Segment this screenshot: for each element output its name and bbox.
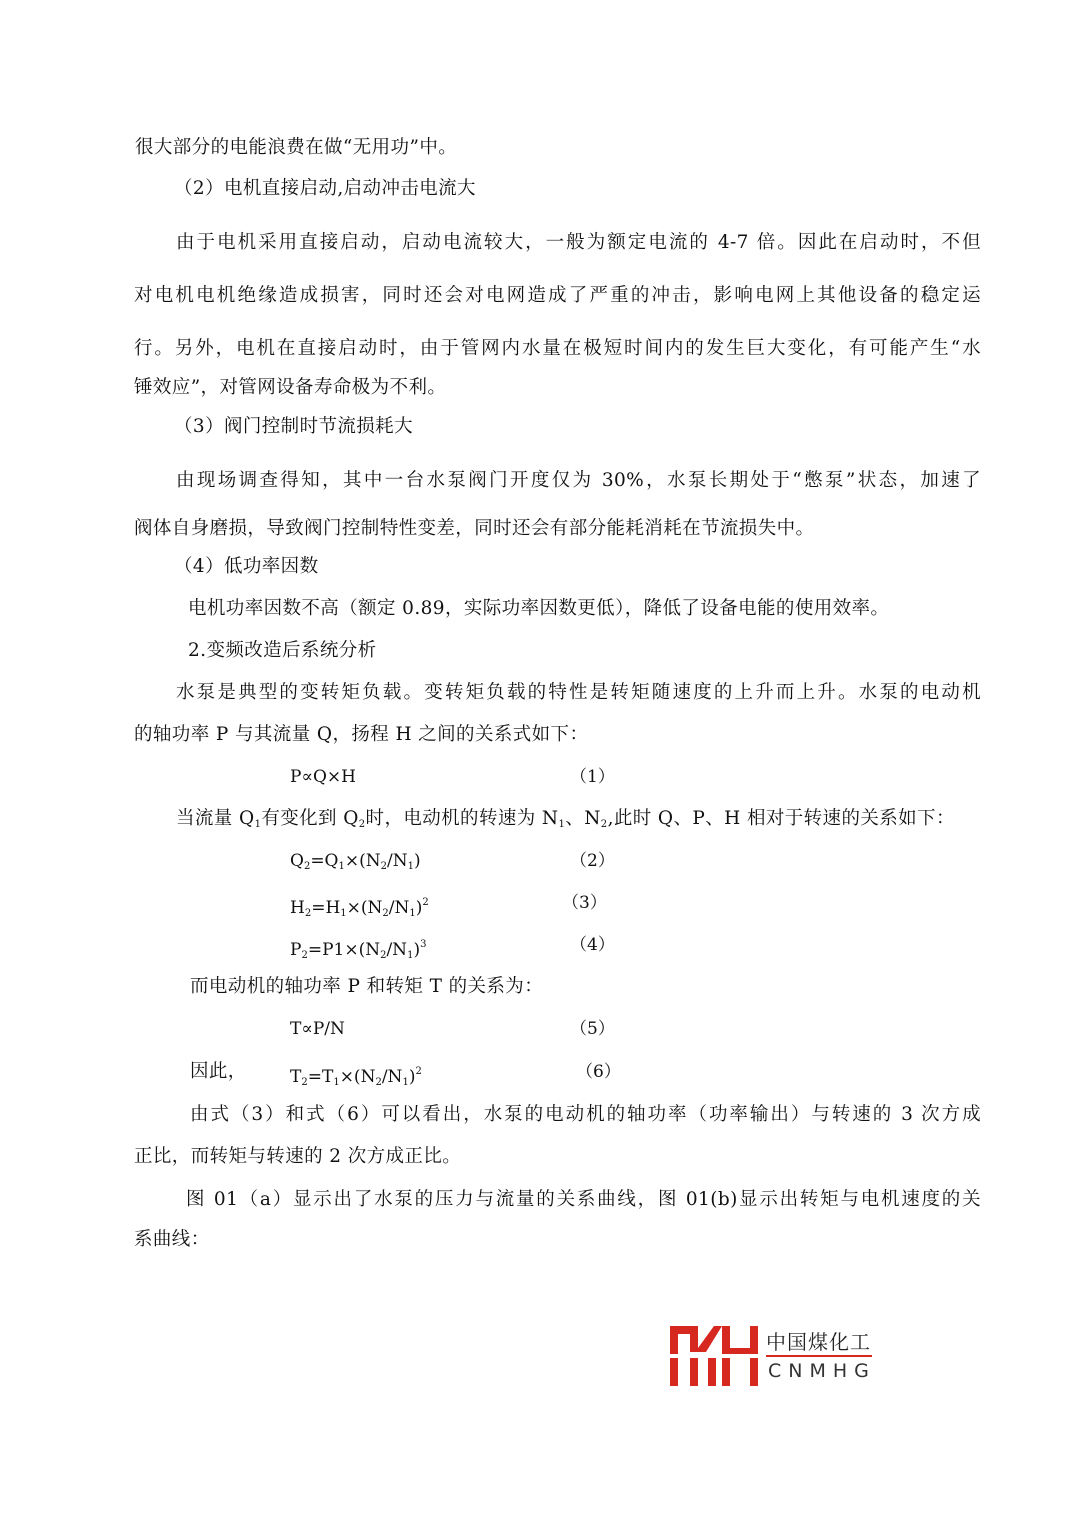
paragraph-line: 行。另外，电机在直接启动时，由于管网内水量在极短时间内的发生巨大变化，有可能产生… [134, 337, 981, 361]
paragraph-line: 图 01（a）显示出了水泵的压力与流量的关系曲线，图 01(b)显示出转矩与电机… [186, 1188, 981, 1212]
equation-6: T2=T1×(N2/N1)2 [290, 1060, 422, 1095]
paragraph-line: 很大部分的电能浪费在做“无用功”中。 [135, 136, 457, 160]
equation-3: H2=H1×(N2/N1)2 [290, 891, 429, 926]
equation-number-6: （6） [576, 1060, 621, 1084]
equation-1: P∝Q×H [290, 765, 356, 789]
section-heading-analysis: 2.变频改造后系统分析 [188, 639, 377, 663]
equation-number-5: （5） [570, 1017, 615, 1041]
equation-2: Q2=Q1×(N2/N1) [290, 849, 421, 879]
equation-number-4: （4） [570, 933, 615, 957]
paragraph-line: 锤效应”，对管网设备寿命极为不利。 [134, 376, 446, 400]
equation-6-prefix: 因此， [190, 1060, 247, 1084]
paragraph-line: 当流量 Q1有变化到 Q2时，电动机的转速为 N1、N2,此时 Q、P、H 相对… [176, 807, 955, 837]
equation-number-1: （1） [570, 765, 615, 789]
equation-number-2: （2） [570, 849, 615, 873]
logo-chinese-name: 中国煤化工 [766, 1326, 871, 1355]
section-heading-2: （2）电机直接启动,启动冲击电流大 [174, 177, 476, 201]
paragraph-line: 正比，而转矩与转速的 2 次方成正比。 [134, 1145, 461, 1169]
paragraph-line: 对电机电机绝缘造成损害，同时还会对电网造成了严重的冲击，影响电网上其他设备的稳定… [134, 284, 981, 308]
paragraph-line: 由于电机采用直接启动，启动电流较大，一般为额定电流的 4-7 倍。因此在启动时，… [176, 231, 981, 255]
equation-4: P2=P1×(N2/N1)3 [290, 933, 426, 968]
paragraph-line: 而电动机的轴功率 P 和转矩 T 的关系为： [190, 975, 543, 999]
paragraph-line: 阀体自身磨损，导致阀门控制特性变差，同时还会有部分能耗消耗在节流损失中。 [134, 517, 814, 541]
paragraph-line: 系曲线： [134, 1228, 210, 1252]
paragraph-line: 的轴功率 P 与其流量 Q，扬程 H 之间的关系式如下： [134, 723, 588, 747]
section-heading-4: （4）低功率因数 [174, 555, 318, 579]
cnmhg-logo: 中国煤化工 CNMHG [668, 1324, 878, 1388]
equation-number-3: （3） [562, 891, 607, 915]
logo-divider [766, 1355, 872, 1357]
logo-english-name: CNMHG [768, 1360, 876, 1382]
equation-5: T∝P/N [290, 1017, 345, 1041]
paragraph-line: 由现场调查得知，其中一台水泵阀门开度仅为 30%，水泵长期处于“憋泵”状态，加速… [176, 469, 981, 493]
paragraph-line: 电机功率因数不高（额定 0.89，实际功率因数更低），降低了设备电能的使用效率。 [188, 597, 889, 621]
mh-logo-mark-icon [668, 1324, 760, 1388]
section-heading-3: （3）阀门控制时节流损耗大 [174, 415, 413, 439]
paragraph-line: 水泵是典型的变转矩负载。变转矩负载的特性是转矩随速度的上升而上升。水泵的电动机 [176, 681, 981, 705]
paragraph-line: 由式（3）和式（6）可以看出，水泵的电动机的轴功率（功率输出）与转速的 3 次方… [190, 1103, 981, 1127]
